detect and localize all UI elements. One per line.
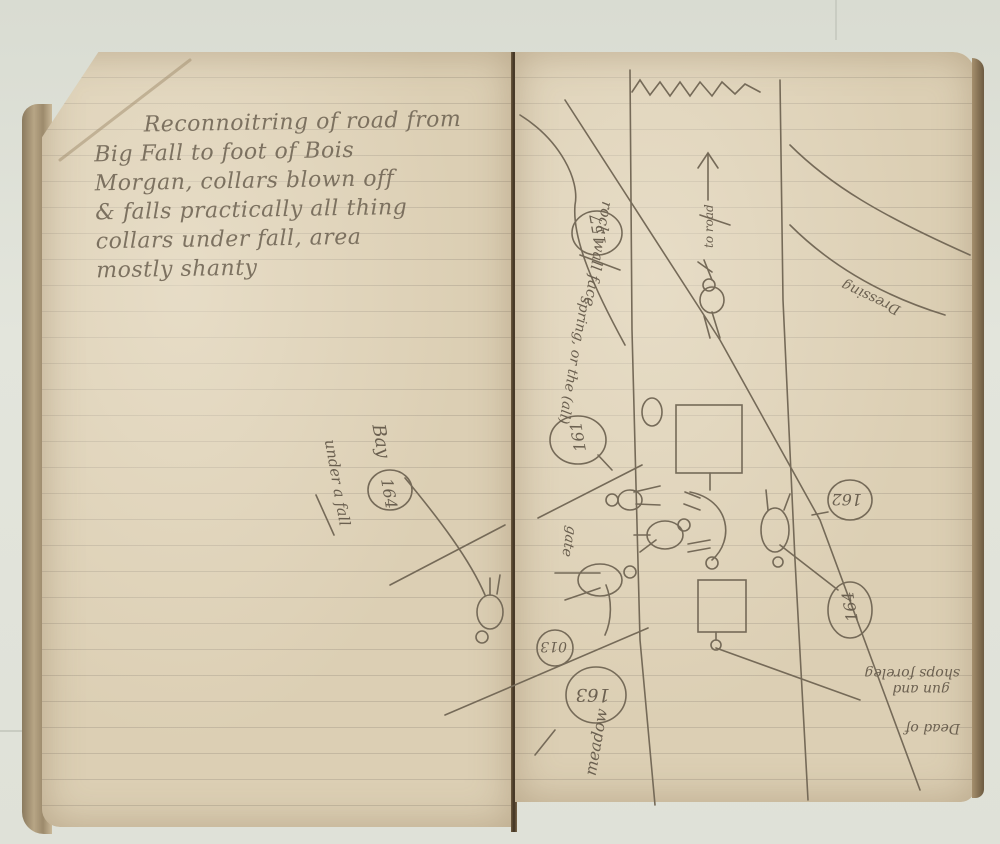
side-label: Bay (367, 421, 394, 460)
margin-note: shops foreleg (864, 665, 960, 681)
circled-label: 162 (831, 490, 862, 509)
pencil-sketch-map: 164 Bay under a fall 157 161 013 163 162… (0, 0, 1000, 844)
side-label: under a fall (321, 438, 354, 528)
circled-label: 013 (540, 638, 567, 654)
margin-note: Dressing (839, 277, 904, 319)
circled-label: 164 (377, 477, 401, 510)
margin-note: gun and (892, 681, 950, 697)
circled-label: 163 (576, 684, 610, 705)
arrow-label: to road (702, 204, 716, 248)
margin-note: gate (558, 525, 579, 559)
margin-note: spring, or the (all) (555, 295, 593, 425)
margin-note: meadow (581, 707, 612, 777)
sketch-labels: 164 Bay under a fall 157 161 013 163 162… (321, 200, 961, 777)
margin-note: Dead of (902, 720, 961, 736)
circled-label: 164 (838, 590, 862, 623)
right-sketch-units (445, 211, 872, 755)
